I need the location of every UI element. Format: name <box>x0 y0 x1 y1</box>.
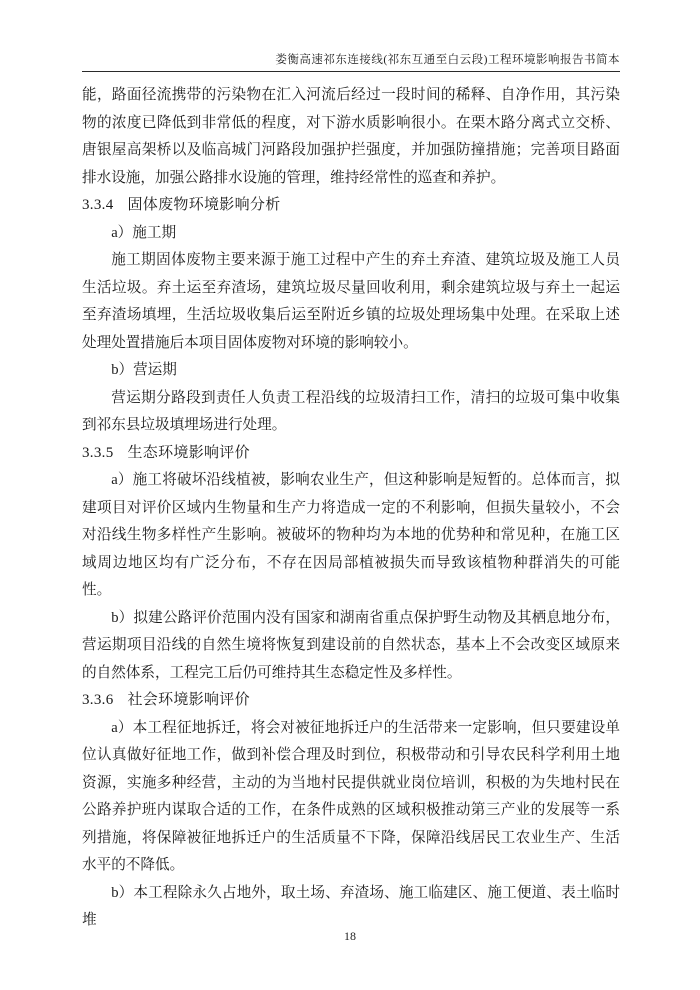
document-body: 能，路面径流携带的污染物在汇入河流后经过一段时间的稀释、自净作用，其污染物的浓度… <box>82 72 620 935</box>
paragraph: 营运期分路段到责任人负责工程沿线的垃圾清扫工作，清扫的垃圾可集中收集到祁东县垃圾… <box>82 385 620 440</box>
section-heading: 3.3.4固体废物环境影响分析 <box>82 192 620 220</box>
paragraph: a）本工程征地拆迁，将会对被征地拆迁户的生活带来一定影响，但只要建设单位认真做好… <box>82 715 620 880</box>
paragraph: a）施工将破坏沿线植被，影响农业生产，但这种影响是短暂的。总体而言，拟建项目对评… <box>82 467 620 605</box>
section-title: 社会环境影响评价 <box>128 692 250 708</box>
section-title: 固体废物环境影响分析 <box>128 197 281 213</box>
section-number: 3.3.5 <box>82 445 114 461</box>
section-heading: 3.3.6社会环境影响评价 <box>82 687 620 715</box>
paragraph: 施工期固体废物主要来源于施工过程中产生的弃土弃渣、建筑垃圾及施工人员生活垃圾。弃… <box>82 247 620 357</box>
running-title: 娄衡高速祁东连接线(祁东互通至白云段)工程环境影响报告书简本 <box>275 54 620 66</box>
paragraph: b）拟建公路评价范围内没有国家和湖南省重点保护野生动物及其栖息地分布，营运期项目… <box>82 605 620 688</box>
paragraph: b）本工程除永久占地外，取土场、弃渣场、施工临建区、施工便道、表土临时堆 <box>82 880 620 935</box>
section-title: 生态环境影响评价 <box>128 445 250 461</box>
page-number: 18 <box>344 929 356 943</box>
section-number: 3.3.6 <box>82 692 114 708</box>
list-item: a）施工期 <box>82 220 620 248</box>
page-footer: 18 <box>0 929 700 944</box>
section-number: 3.3.4 <box>82 197 114 213</box>
paragraph: 能，路面径流携带的污染物在汇入河流后经过一段时间的稀释、自净作用，其污染物的浓度… <box>82 82 620 192</box>
section-heading: 3.3.5生态环境影响评价 <box>82 440 620 468</box>
document-page: 娄衡高速祁东连接线(祁东互通至白云段)工程环境影响报告书简本 能，路面径流携带的… <box>0 0 700 990</box>
list-item: b）营运期 <box>82 357 620 385</box>
page-header: 娄衡高速祁东连接线(祁东互通至白云段)工程环境影响报告书简本 <box>82 0 620 72</box>
